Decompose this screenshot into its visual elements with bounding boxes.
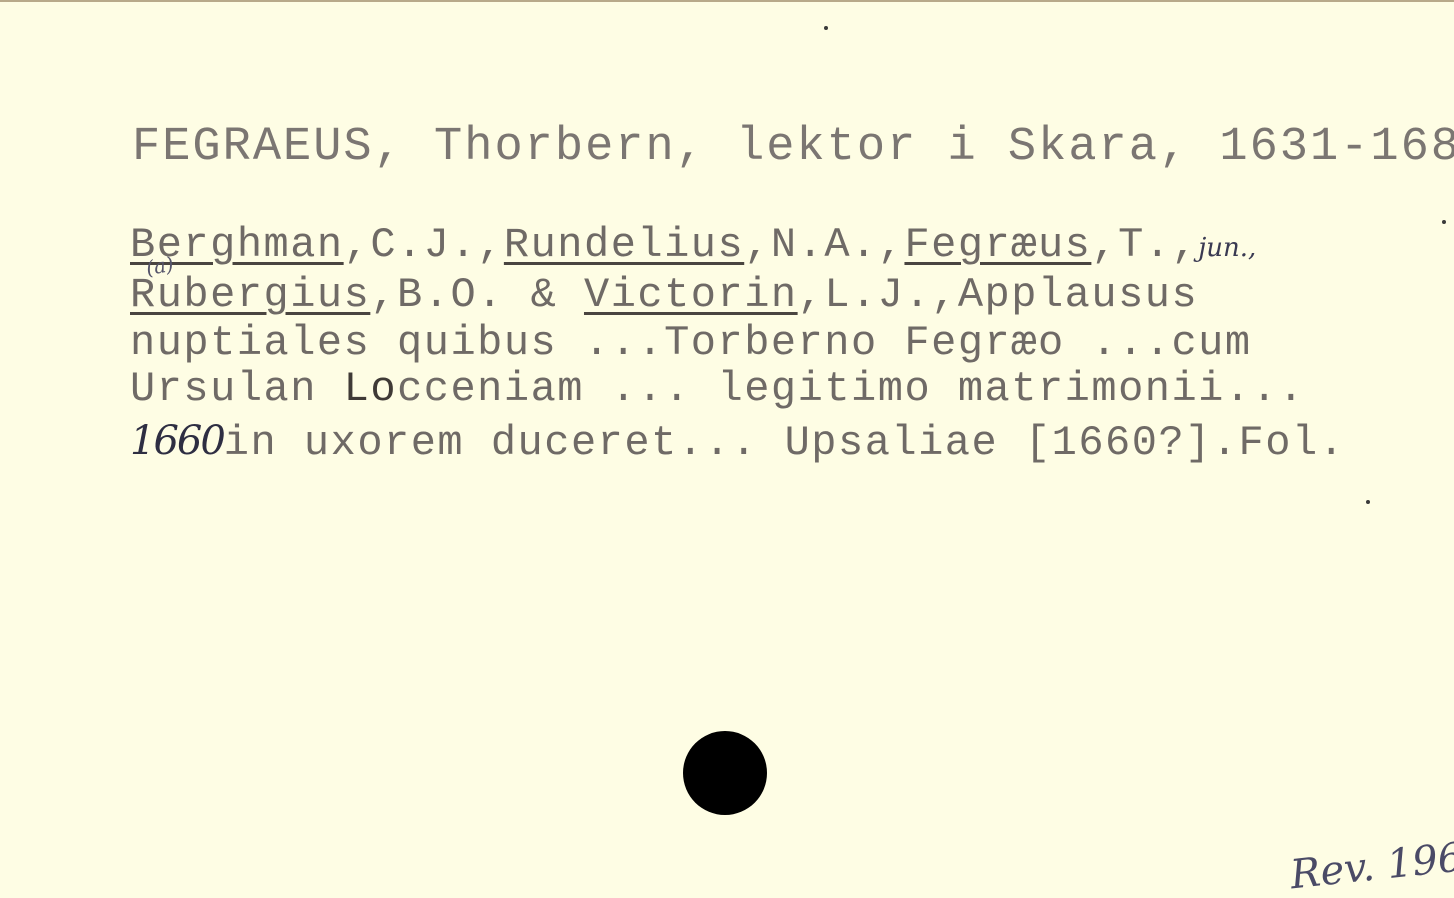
handwritten-revision-note: Rev. 1969 (1288, 832, 1454, 898)
ink-speck (824, 26, 828, 30)
title-text: Ursulan (130, 365, 344, 413)
citation-line-1: Berghman,C.J.,Rundelius,N.A.,Fegræus,T.,… (130, 220, 1256, 273)
title-text: cceniam ... legitimo matrimonii... (397, 365, 1305, 413)
catalog-card: FEGRAEUS, Thorbern, lektor i Skara, 1631… (0, 0, 1454, 898)
handwritten-year: 1660 (130, 418, 224, 464)
title-text: nuptiales quibus ...Torberno Fegræo ...c… (130, 319, 1252, 367)
citation-line-3: nuptiales quibus ...Torberno Fegræo ...c… (130, 318, 1252, 368)
handwritten-jun: jun., (1198, 233, 1256, 263)
card-heading: FEGRAEUS, Thorbern, lektor i Skara, 1631… (132, 120, 1454, 176)
citation-line-2: Rubergius,B.O. & Victorin,L.J.,Applausus (130, 270, 1198, 320)
title-text-dark: Lo (344, 365, 397, 413)
author-victorin: Victorin (584, 271, 798, 319)
author-rundelius: Rundelius (504, 221, 744, 269)
citation-line-4: Ursulan Locceniam ... legitimo matrimoni… (130, 364, 1305, 414)
imprint-text: in uxorem duceret... Upsaliae [1660?].Fo… (224, 419, 1346, 467)
author-rubergius: Rubergius (130, 271, 370, 319)
author-initials: ,T., (1091, 221, 1198, 269)
author-initials: ,B.O. & (370, 271, 584, 319)
author-initials: ,N.A., (744, 221, 904, 269)
citation-line-5: 1660in uxorem duceret... Upsaliae [1660?… (130, 416, 1345, 468)
author-initials: ,C.J., (344, 221, 504, 269)
ink-speck (1366, 500, 1370, 504)
title-start: ,L.J.,Applausus (798, 271, 1199, 319)
author-fegraeus: Fegræus (904, 221, 1091, 269)
punch-hole (683, 731, 767, 815)
ink-speck (1442, 220, 1446, 224)
